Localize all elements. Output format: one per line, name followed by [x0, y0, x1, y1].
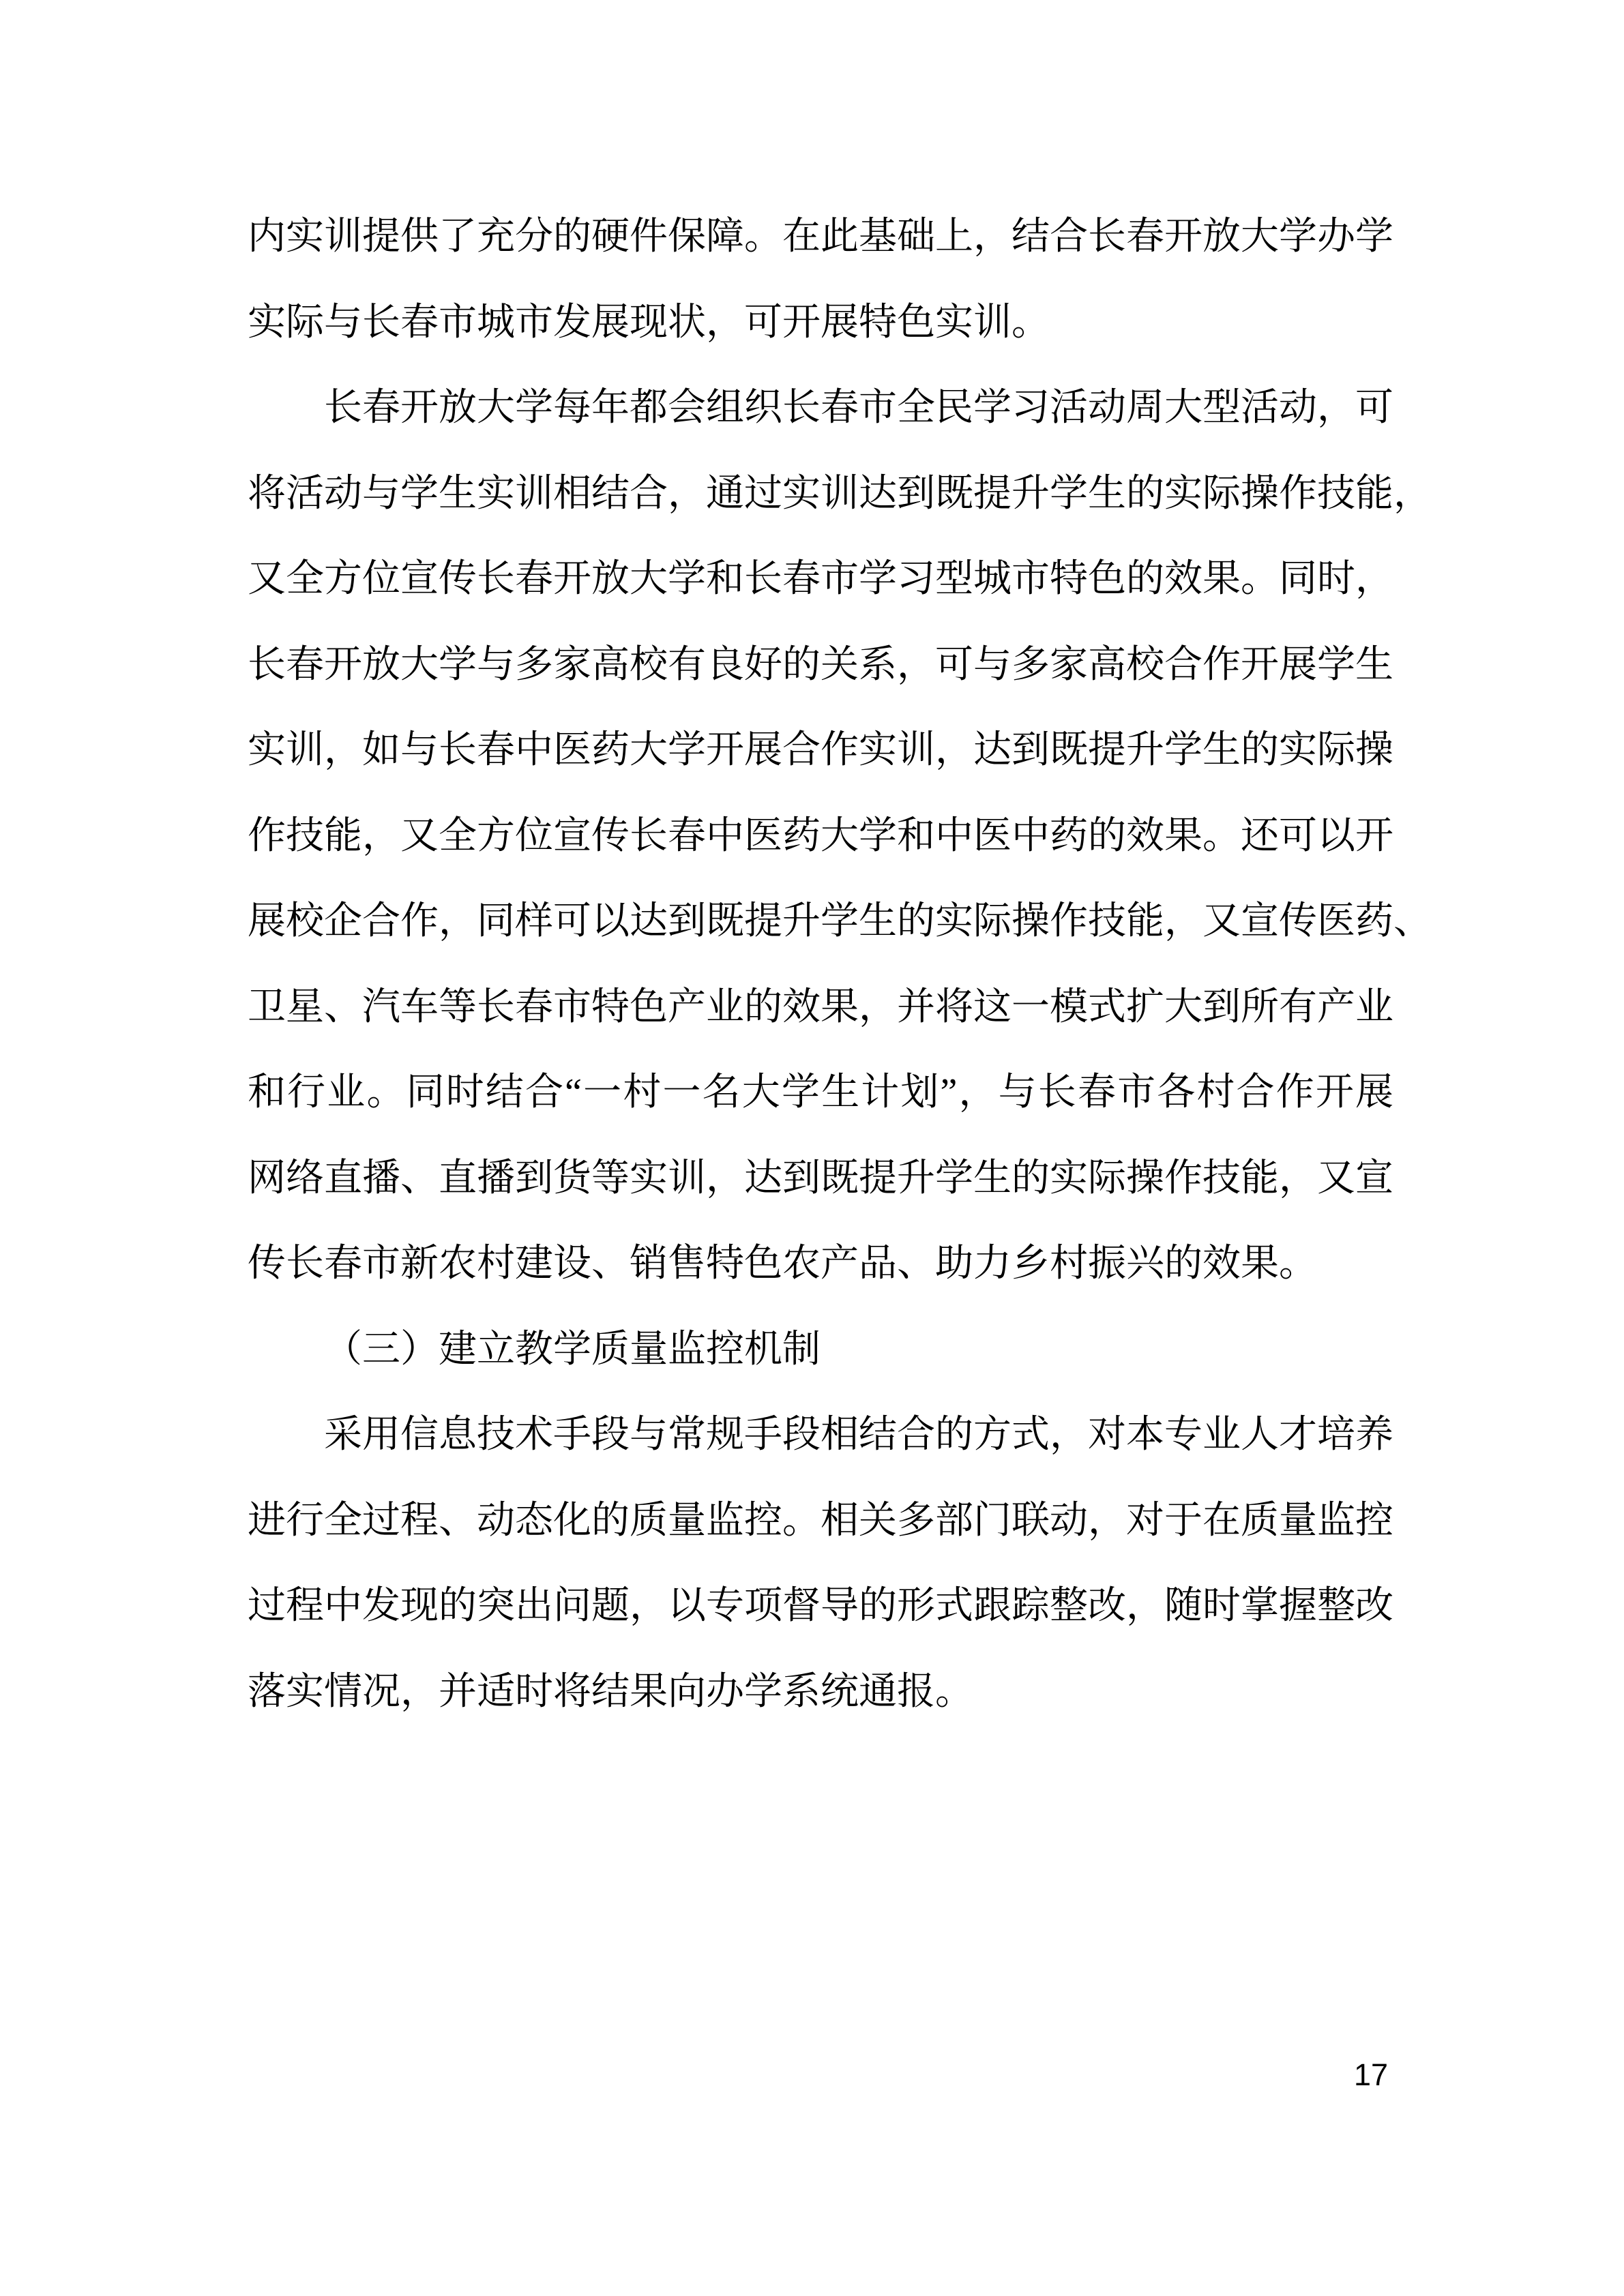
paragraph-quality-monitoring: 采用信息技术手段与常规手段相结合的方式，对本专业人才培养 进行全过程、动态化的质… [248, 1392, 1393, 1735]
text-line: 展校企合作，同样可以达到既提升学生的实际操作技能，又宣传医药、 [248, 879, 1393, 965]
text-line: 长春开放大学每年都会组织长春市全民学习活动周大型活动，可 [248, 366, 1393, 451]
text-line: 将活动与学生实训相结合，通过实训达到既提升学生的实际操作技能， [248, 451, 1393, 537]
text-line: 进行全过程、动态化的质量监控。相关多部门联动，对于在质量监控 [248, 1478, 1393, 1564]
section-heading-line: （三）建立教学质量监控机制 [248, 1307, 1393, 1393]
text-line: 又全方位宣传长春开放大学和长春市学习型城市特色的效果。同时， [248, 537, 1393, 623]
text-line: 网络直播、直播到货等实训，达到既提升学生的实际操作技能，又宣 [248, 1136, 1393, 1222]
text-line: 实际与长春市城市发展现状，可开展特色实训。 [248, 280, 1393, 366]
text-line: 落实情况，并适时将结果向办学系统通报。 [248, 1650, 1393, 1735]
text-line: 采用信息技术手段与常规手段相结合的方式，对本专业人才培养 [248, 1392, 1393, 1478]
text-line: 长春开放大学与多家高校有良好的关系，可与多家高校合作开展学生 [248, 623, 1393, 709]
section-heading-3: （三）建立教学质量监控机制 [248, 1307, 1393, 1393]
text-line: 传长春市新农村建设、销售特色农产品、助力乡村振兴的效果。 [248, 1221, 1393, 1307]
text-line: 内实训提供了充分的硬件保障。在此基础上，结合长春开放大学办学 [248, 194, 1393, 280]
page-number: 17 [1354, 2057, 1388, 2093]
text-line: 和行业。同时结合“一村一名大学生计划”，与长春市各村合作开展 [248, 1050, 1393, 1136]
text-line: 过程中发现的突出问题，以专项督导的形式跟踪整改，随时掌握整改 [248, 1564, 1393, 1650]
body-text-block: 内实训提供了充分的硬件保障。在此基础上，结合长春开放大学办学 实际与长春市城市发… [248, 194, 1393, 1735]
paragraph-training-activities: 长春开放大学每年都会组织长春市全民学习活动周大型活动，可 将活动与学生实训相结合… [248, 366, 1393, 1307]
text-line: 实训，如与长春中医药大学开展合作实训，达到既提升学生的实际操 [248, 708, 1393, 794]
text-line: 作技能，又全方位宣传长春中医药大学和中医中药的效果。还可以开 [248, 794, 1393, 880]
paragraph-hardware-guarantee: 内实训提供了充分的硬件保障。在此基础上，结合长春开放大学办学 实际与长春市城市发… [248, 194, 1393, 366]
text-line: 卫星、汽车等长春市特色产业的效果，并将这一模式扩大到所有产业 [248, 965, 1393, 1051]
document-page: 内实训提供了充分的硬件保障。在此基础上，结合长春开放大学办学 实际与长春市城市发… [0, 0, 1624, 2296]
